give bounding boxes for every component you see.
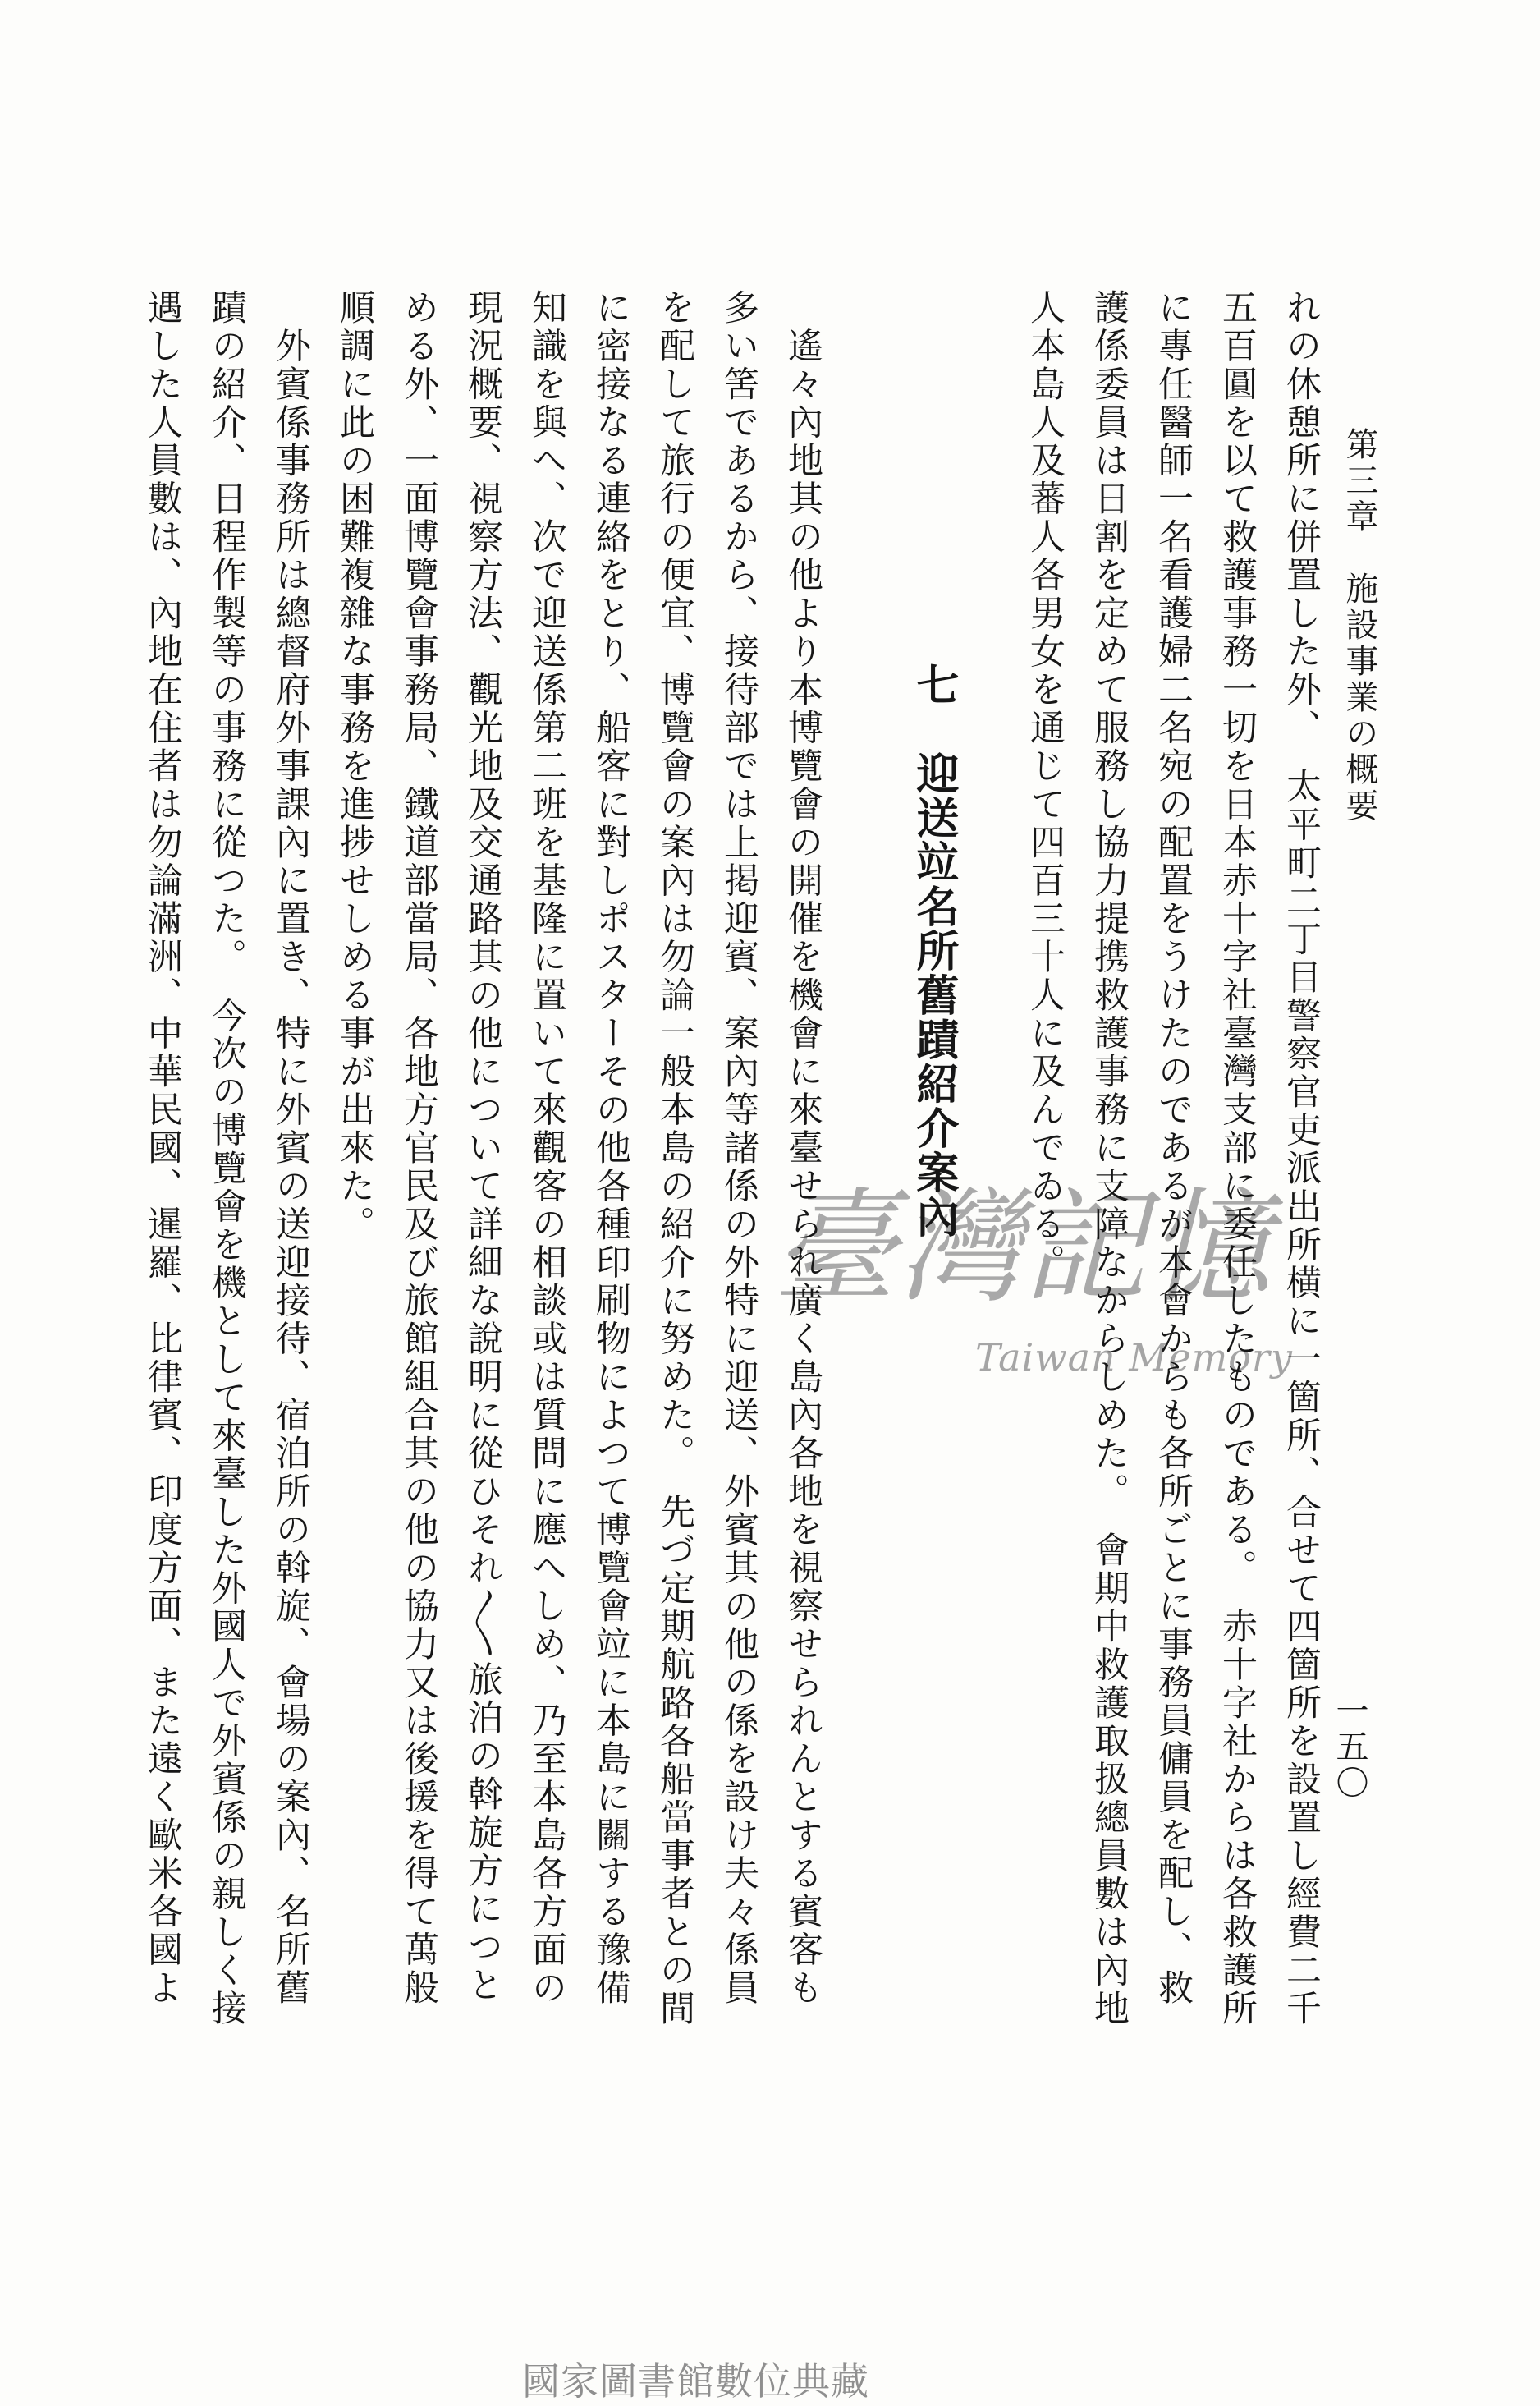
- text-column: 遙々內地其の他より本博覽會の開催を機會に來臺せられ廣く島內各地を視察せられんとす…: [782, 289, 820, 2120]
- running-head: 第三章 施設事業の概要: [1343, 427, 1376, 824]
- text-column: に專任醫師一名看護婦二名宛の配置をうけたのであるが本會からも各所ごとに事務員傭員…: [1153, 289, 1190, 2120]
- text-column: 遇した人員數は、內地在住者は勿論滿洲、中華民國、暹羅、比律賓、印度方面、また遠く…: [142, 289, 180, 2120]
- text-column: 現況概要、視察方法、觀光地及交通路其の他について詳細な說明に從ひそれ〳〵旅泊の斡…: [462, 289, 500, 2120]
- text-column: れの休憩所に併置した外、 太平町二丁目警察官吏派出所横に一箇所、合せて四箇所を設…: [1281, 289, 1318, 2120]
- body-text-block: れの休憩所に併置した外、 太平町二丁目警察官吏派出所横に一箇所、合せて四箇所を設…: [54, 289, 1318, 2120]
- text-column: 護係委員は日割を定めて服務し協力提携救護事務に支障なからしめた。 會期中救護取扱…: [1089, 289, 1126, 2120]
- text-column: を配して旅行の便宜、博覽會の案內は勿論一般本島の紹介に努めた。 先づ定期航路各船…: [654, 289, 692, 2120]
- text-column: める外、一面博覽會事務局、鐵道部當局、各地方官民及び旅館組合其の他の協力又は後援…: [398, 289, 436, 2120]
- text-column: 五百圓を以て救護事務一切を日本赤十字社臺灣支部に委任したものである。 赤十字社か…: [1217, 289, 1254, 2120]
- section-heading: 七 迎送竝名所舊蹟紹介案內: [910, 289, 955, 2120]
- text-column: 人本島人及蕃人各男女を通じて四百三十人に及んでゐる。: [1024, 289, 1062, 2120]
- text-column: 蹟の紹介、日程作製等の事務に從つた。 今次の博覽會を機として來臺した外國人で外賓…: [206, 289, 244, 2120]
- text-column: 知識を與へ、次で迎送係第二班を基隆に置いて來觀客の相談或は質問に應へしめ、乃至本…: [526, 289, 564, 2120]
- page-number: 一五〇: [1333, 1693, 1366, 1802]
- text-column: 外賓係事務所は總督府外事課內に置き、特に外賓の送迎接待、宿泊所の斡旋、會場の案內…: [270, 289, 308, 2120]
- text-column: 多い筈であるから、接待部では上掲迎賓、案內等諸係の外特に迎送、外賓其の他の係を設…: [718, 289, 756, 2120]
- text-column: 順調に此の困難複雜な事務を進捗せしめる事が出來た。: [334, 289, 372, 2120]
- scanned-book-page: 第三章 施設事業の概要 一五〇 臺灣記憶 Taiwan Memory れの休憩所…: [0, 0, 1540, 2406]
- library-watermark: 國家圖書館數位典藏: [522, 2352, 869, 2406]
- text-column: に密接なる連絡をとり、船客に對しポスターその他各種印刷物によつて博覽會竝に本島に…: [590, 289, 628, 2120]
